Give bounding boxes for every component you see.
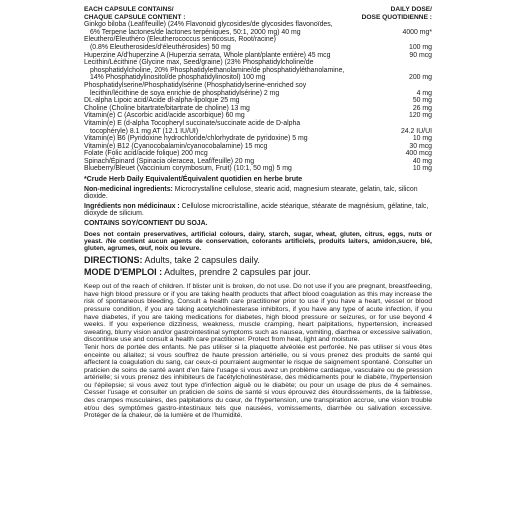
non-medicinal-ingredients: Non-medicinal ingredients: Microcrystall… <box>84 186 432 201</box>
ingredient-name: Ginkgo biloba (Leaf/feuille) (24% Flavon… <box>84 21 374 36</box>
ingredient-dose: 10 mg <box>376 135 432 143</box>
ingredient-dose: 4 mg <box>376 90 432 98</box>
ingredient-row: Vitamin(e) C (Ascorbic acid/acide ascorb… <box>84 112 432 120</box>
ingredient-dose: 24.2 IU/UI <box>376 128 432 136</box>
ingredient-dose: 40 mg <box>376 158 432 166</box>
non-medicinal-ingredients-fr: Ingrédients non médicinaux : Cellulose m… <box>84 203 432 218</box>
facts-header: EACH CAPSULE CONTAINS/ CHAQUE CAPSULE CO… <box>84 6 432 21</box>
ingredient-dose: 30 mcg <box>376 143 432 151</box>
allergen-statement: CONTAINS SOY/CONTIENT DU SOJA. <box>84 220 432 227</box>
ingredient-dose: 50 mg <box>376 97 432 105</box>
header-contains: EACH CAPSULE CONTAINS/ CHAQUE CAPSULE CO… <box>84 6 185 21</box>
ingredient-row: DL-alpha Lipoic acid/Acide dl-alpha-lipo… <box>84 97 432 105</box>
ingredient-row: Huperzine A/d'huperzine A (Huperzia serr… <box>84 52 432 60</box>
ingredient-dose: 90 mcg <box>376 52 432 60</box>
ingredient-name: Vitamin(e) B6 (Pyridoxine hydrochloride/… <box>84 135 374 143</box>
ingredient-name: Lecithin/Lécithine (Glycine max, Seed/gr… <box>84 59 374 82</box>
ingredient-name: Vitamin(e) B12 (Cyanocobalamin/cyanocoba… <box>84 143 374 151</box>
ingredient-name: Phosphatidylserine/Phosphatidylsérine (P… <box>84 82 374 97</box>
warning-english: Keep out of the reach of children. If bl… <box>84 283 432 344</box>
crude-herb-note: *Crude Herb Daily Equivalent/Équivalent … <box>84 176 432 184</box>
ingredient-name: Spinach/Épinard (Spinacia oleracea, Leaf… <box>84 158 374 166</box>
ingredient-dose: 4000 mg* <box>376 29 432 37</box>
ingredient-dose: 10 mg <box>376 165 432 173</box>
warning-french: Tenir hors de portée des enfants. Ne pas… <box>84 344 432 420</box>
ingredient-row: Spinach/Épinard (Spinacia oleracea, Leaf… <box>84 158 432 166</box>
ingredient-row: Vitamin(e) B6 (Pyridoxine hydrochloride/… <box>84 135 432 143</box>
ingredient-row: Eleuthero/Éleuthéro (Eleutherococcus sen… <box>84 36 432 51</box>
ingredient-name: Huperzine A/d'huperzine A (Huperzia serr… <box>84 52 374 60</box>
ingredient-row: Vitamin(e) B12 (Cyanocobalamin/cyanocoba… <box>84 143 432 151</box>
free-from-statement: Does not contain preservatives, artifici… <box>84 231 432 253</box>
supplement-label: EACH CAPSULE CONTAINS/ CHAQUE CAPSULE CO… <box>84 6 432 420</box>
ingredient-row: Folate (Folic acid/acide folique) 200 mc… <box>84 150 432 158</box>
ingredient-name: Vitamin(e) E (d-alpha Tocopheryl succina… <box>84 120 374 135</box>
ingredient-dose: 100 mg <box>376 44 432 52</box>
ingredient-row: Phosphatidylserine/Phosphatidylsérine (P… <box>84 82 432 97</box>
ingredient-name: Blueberry/Bleuet (Vaccinium corymbosum, … <box>84 165 374 173</box>
mode-emploi: MODE D'EMPLOI : Adultes, prendre 2 capsu… <box>84 267 432 278</box>
ingredient-name: DL-alpha Lipoic acid/Acide dl-alpha-lipo… <box>84 97 374 105</box>
ingredient-name: Folate (Folic acid/acide folique) 200 mc… <box>84 150 374 158</box>
ingredient-list: Ginkgo biloba (Leaf/feuille) (24% Flavon… <box>84 21 432 173</box>
ingredient-name: Eleuthero/Éleuthéro (Eleutherococcus sen… <box>84 36 374 51</box>
ingredient-name: Vitamin(e) C (Ascorbic acid/acide ascorb… <box>84 112 374 120</box>
ingredient-name: Choline (Choline bitartrate/bitartrate d… <box>84 105 374 113</box>
ingredient-dose: 400 mcg <box>376 150 432 158</box>
ingredient-dose: 120 mg <box>376 112 432 120</box>
header-daily-dose: DAILY DOSE/ DOSE QUOTIDIENNE : <box>362 6 432 21</box>
ingredient-row: Lecithin/Lécithine (Glycine max, Seed/gr… <box>84 59 432 82</box>
ingredient-row: Ginkgo biloba (Leaf/feuille) (24% Flavon… <box>84 21 432 36</box>
directions: DIRECTIONS: Adults, take 2 capsules dail… <box>84 255 432 266</box>
ingredient-dose: 200 mg <box>376 74 432 82</box>
ingredient-dose: 26 mg <box>376 105 432 113</box>
ingredient-row: Choline (Choline bitartrate/bitartrate d… <box>84 105 432 113</box>
ingredient-row: Blueberry/Bleuet (Vaccinium corymbosum, … <box>84 165 432 173</box>
ingredient-row: Vitamin(e) E (d-alpha Tocopheryl succina… <box>84 120 432 135</box>
